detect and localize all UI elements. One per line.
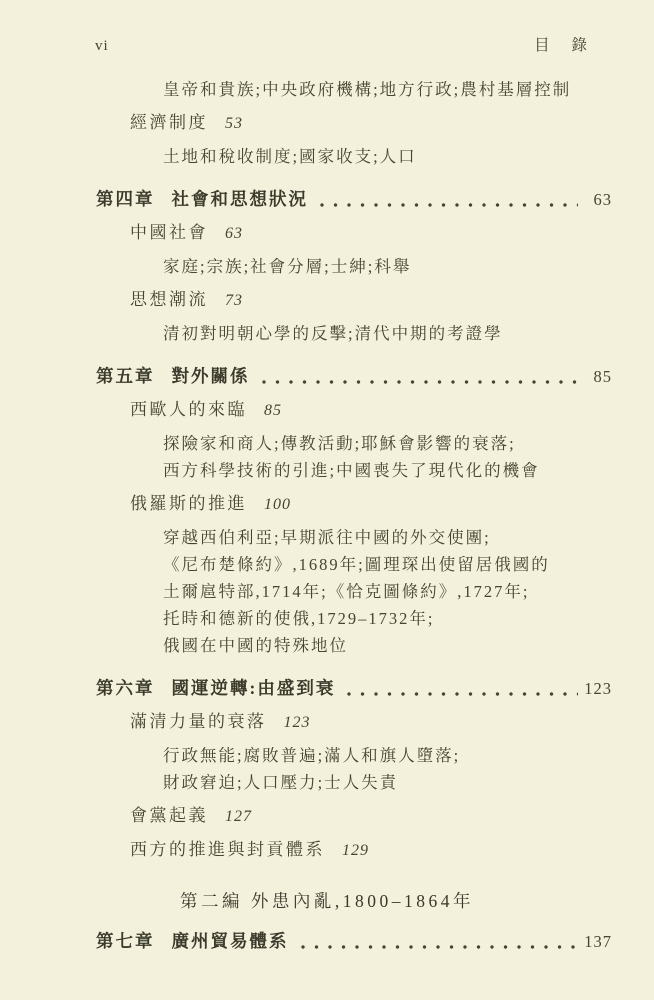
detail-text: 托時和德新的使俄,1729–1732年; [163,609,434,628]
toc-detail-line: 俄國在中國的特殊地位 [96,636,612,656]
toc-detail-line: 家庭;宗族;社會分層;士紳;科舉 [96,257,612,277]
running-head: vi 目 錄 [0,33,654,51]
toc-detail-line: 穿越西伯利亞;早期派往中國的外交使團; [96,528,612,548]
toc-section-entry: 中國社會63 [96,223,612,244]
chapter-title: 國運逆轉:由盛到衰 [172,678,336,698]
toc-detail-line: 土爾扈特部,1714年;《恰克圖條約》,1727年; [96,582,612,602]
dot-leader [347,692,578,696]
section-page-number: 129 [342,842,369,859]
detail-text: 財政窘迫;人口壓力;士人失責 [163,773,398,792]
page-number: vi [95,38,109,55]
section-title: 滿清力量的衰落 [130,712,267,731]
toc-detail-line: 土地和稅收制度;國家收支;人口 [96,147,612,167]
detail-text: 行政無能;腐敗普遍;滿人和旗人墮落; [163,746,460,765]
section-title: 會黨起義 [130,806,208,825]
detail-text: 穿越西伯利亞;早期派往中國的外交使團; [163,528,491,547]
toc-chapter-entry: 第五章對外關係85 [96,366,612,387]
toc-detail-line: 財政窘迫;人口壓力;士人失責 [96,773,612,793]
section-title: 西歐人的來臨 [130,400,247,419]
dot-leader [262,380,579,384]
chapter-title: 社會和思想狀況 [172,189,309,209]
part-heading: 第二編 外患內亂,1800–1864年 [0,891,654,911]
toc-detail-line: 行政無能;腐敗普遍;滿人和旗人墮落; [96,746,612,766]
toc-section-entry: 俄羅斯的推進100 [96,494,612,515]
section-page-number: 127 [225,808,252,825]
toc-chapter-entry: 第七章廣州貿易體系137 [96,931,612,952]
section-title: 西方的推進與封貢體系 [130,840,325,859]
section-title: 中國社會 [130,223,208,242]
section-title: 思想潮流 [130,290,208,309]
detail-text: 《尼布楚條約》,1689年;圖理琛出使留居俄國的 [163,555,550,574]
detail-text: 家庭;宗族;社會分層;士紳;科舉 [163,257,411,276]
section-title: 俄羅斯的推進 [130,494,247,513]
dot-leader [301,945,579,949]
section-page-number: 63 [225,225,243,242]
section-title: 經濟制度 [130,113,208,132]
toc-section-entry: 西歐人的來臨85 [96,400,612,421]
chapter-number: 第七章 [96,931,155,951]
section-page-number: 53 [225,115,243,132]
detail-text: 土爾扈特部,1714年;《恰克圖條約》,1727年; [163,582,529,601]
detail-text: 土地和稅收制度;國家收支;人口 [163,147,417,166]
section-page-number: 73 [225,292,243,309]
chapter-title: 廣州貿易體系 [172,931,289,951]
toc-detail-line: 皇帝和貴族;中央政府機構;地方行政;農村基層控制 [96,80,612,100]
toc-detail-line: 清初對明朝心學的反擊;清代中期的考證學 [96,324,612,344]
detail-text: 清初對明朝心學的反擊;清代中期的考證學 [163,324,503,343]
detail-text: 皇帝和貴族;中央政府機構;地方行政;農村基層控制 [163,80,571,99]
section-page-number: 123 [284,714,311,731]
chapter-page-number: 63 [584,190,612,210]
section-page-number: 100 [264,496,291,513]
toc-chapter-entry: 第四章社會和思想狀況63 [96,189,612,210]
chapter-number: 第四章 [96,189,155,209]
toc-section-entry: 西方的推進與封貢體系129 [96,840,612,861]
chapter-number: 第六章 [96,678,155,698]
book-page: vi 目 錄 皇帝和貴族;中央政府機構;地方行政;農村基層控制經濟制度53土地和… [0,0,654,1000]
toc-detail-line: 托時和德新的使俄,1729–1732年; [96,609,612,629]
toc-detail-line: 《尼布楚條約》,1689年;圖理琛出使留居俄國的 [96,555,612,575]
chapter-page-number: 85 [584,367,612,387]
detail-text: 西方科學技術的引進;中國喪失了現代化的機會 [163,461,540,480]
table-of-contents: 皇帝和貴族;中央政府機構;地方行政;農村基層控制經濟制度53土地和稅收制度;國家… [0,80,654,952]
chapter-number: 第五章 [96,366,155,386]
toc-section-entry: 經濟制度53 [96,113,612,134]
chapter-title: 對外關係 [172,366,250,386]
running-head-title: 目 錄 [534,33,596,55]
toc-section-entry: 滿清力量的衰落123 [96,712,612,733]
detail-text: 俄國在中國的特殊地位 [163,636,348,655]
toc-section-entry: 思想潮流73 [96,290,612,311]
part-heading-text: 第二編 外患內亂,1800–1864年 [180,891,474,911]
detail-text: 探險家和商人;傳教活動;耶穌會影響的衰落; [163,434,516,453]
dot-leader [320,203,578,207]
toc-detail-line: 西方科學技術的引進;中國喪失了現代化的機會 [96,461,612,481]
section-page-number: 85 [264,402,282,419]
chapter-page-number: 137 [584,932,612,952]
toc-detail-line: 探險家和商人;傳教活動;耶穌會影響的衰落; [96,434,612,454]
chapter-page-number: 123 [584,679,612,699]
toc-chapter-entry: 第六章國運逆轉:由盛到衰123 [96,678,612,699]
toc-section-entry: 會黨起義127 [96,806,612,827]
